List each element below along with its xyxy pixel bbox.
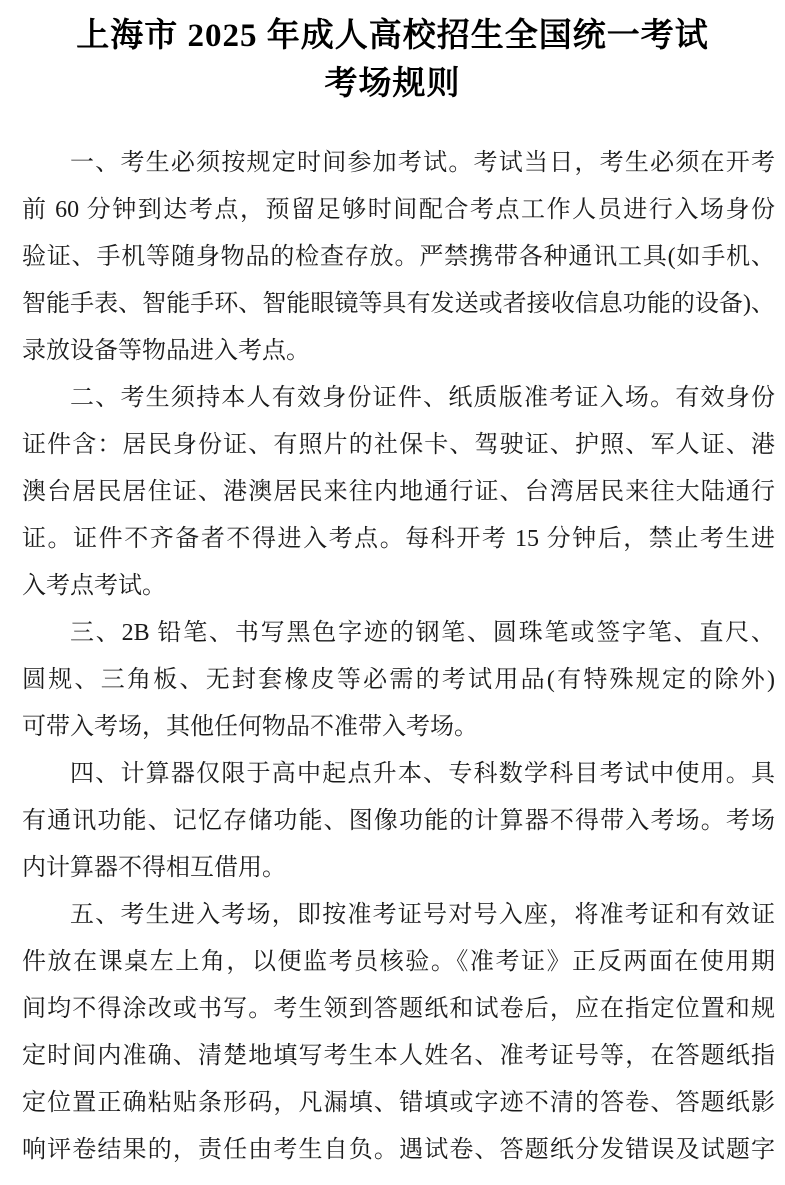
text-line: 二、考生须持本人有效身份证件、纸质版准考证入场。有效身份 <box>22 375 775 422</box>
text-line: 四、计算器仅限于高中起点升本、专科数学科目考试中使用。具 <box>22 751 775 798</box>
rule-2: 二、考生须持本人有效身份证件、纸质版准考证入场。有效身份证件含：居民身份证、有照… <box>22 375 775 610</box>
rule-5: 五、考生进入考场，即按准考证号对号入座，将准考证和有效证件放在课桌左上角，以便监… <box>22 892 775 1174</box>
text-line: 定时间内准确、清楚地填写考生本人姓名、准考证号等，在答题纸指 <box>22 1033 775 1080</box>
text-line: 验证、手机等随身物品的检查存放。严禁携带各种通讯工具(如手机、 <box>22 234 775 281</box>
text-line: 响评卷结果的，责任由考生自负。遇试卷、答题纸分发错误及试题字 <box>22 1127 775 1174</box>
document-body: 一、考生必须按规定时间参加考试。考试当日，考生必须在开考前 60 分钟到达考点，… <box>0 140 785 1174</box>
text-line: 内计算器不得相互借用。 <box>22 845 775 892</box>
text-line: 录放设备等物品进入考点。 <box>22 328 775 375</box>
rule-4: 四、计算器仅限于高中起点升本、专科数学科目考试中使用。具有通讯功能、记忆存储功能… <box>22 751 775 892</box>
text-line: 智能手表、智能手环、智能眼镜等具有发送或者接收信息功能的设备)、 <box>22 281 775 328</box>
text-line: 五、考生进入考场，即按准考证号对号入座，将准考证和有效证 <box>22 892 775 939</box>
text-line: 证。证件不齐备者不得进入考点。每科开考 15 分钟后，禁止考生进 <box>22 516 775 563</box>
document-page: 上海市 2025 年成人高校招生全国统一考试 考场规则 一、考生必须按规定时间参… <box>0 0 785 1185</box>
text-line: 可带入考场，其他任何物品不准带入考场。 <box>22 704 775 751</box>
rule-3: 三、2B 铅笔、书写黑色字迹的钢笔、圆珠笔或签字笔、直尺、圆规、三角板、无封套橡… <box>22 610 775 751</box>
text-line: 件放在课桌左上角，以便监考员核验。《准考证》正反两面在使用期 <box>22 939 775 986</box>
text-line: 前 60 分钟到达考点，预留足够时间配合考点工作人员进行入场身份 <box>22 187 775 234</box>
text-line: 澳台居民居住证、港澳居民来往内地通行证、台湾居民来往大陆通行 <box>22 469 775 516</box>
text-line: 圆规、三角板、无封套橡皮等必需的考试用品(有特殊规定的除外) <box>22 657 775 704</box>
document-title: 上海市 2025 年成人高校招生全国统一考试 考场规则 <box>0 0 785 108</box>
title-line-2: 考场规则 <box>0 60 785 108</box>
text-line: 一、考生必须按规定时间参加考试。考试当日，考生必须在开考 <box>22 140 775 187</box>
text-line: 证件含：居民身份证、有照片的社保卡、驾驶证、护照、军人证、港 <box>22 422 775 469</box>
text-line: 定位置正确粘贴条形码，凡漏填、错填或字迹不清的答卷、答题纸影 <box>22 1080 775 1127</box>
title-line-1: 上海市 2025 年成人高校招生全国统一考试 <box>0 12 785 60</box>
text-line: 间均不得涂改或书写。考生领到答题纸和试卷后，应在指定位置和规 <box>22 986 775 1033</box>
text-line: 入考点考试。 <box>22 563 775 610</box>
rule-1: 一、考生必须按规定时间参加考试。考试当日，考生必须在开考前 60 分钟到达考点，… <box>22 140 775 375</box>
text-line: 三、2B 铅笔、书写黑色字迹的钢笔、圆珠笔或签字笔、直尺、 <box>22 610 775 657</box>
text-line: 有通讯功能、记忆存储功能、图像功能的计算器不得带入考场。考场 <box>22 798 775 845</box>
